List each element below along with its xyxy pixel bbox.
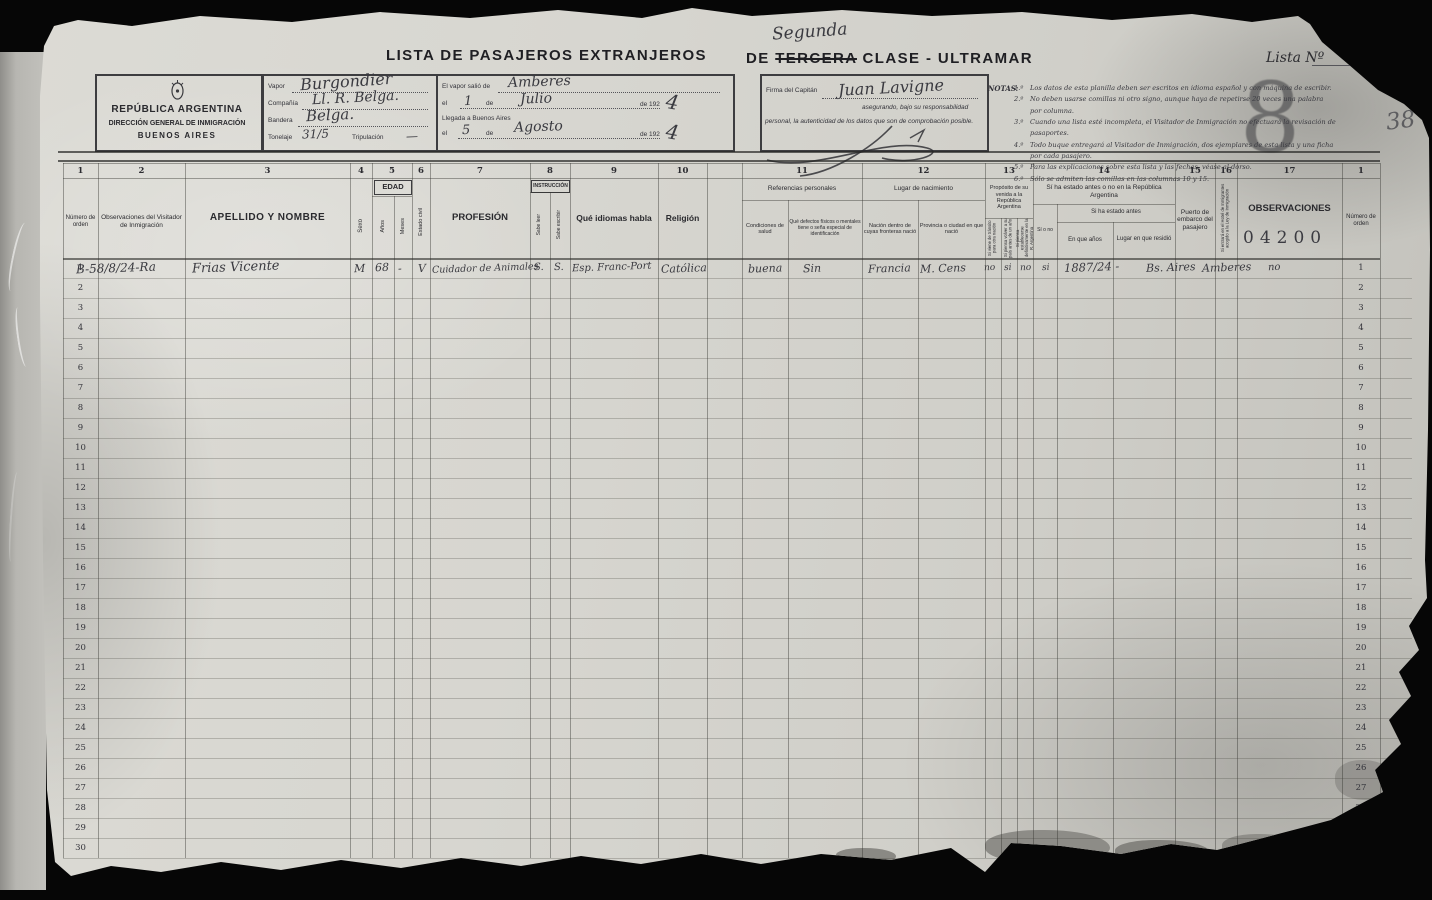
column-number: 13 xyxy=(985,163,1033,178)
p1-en-que-anios: 1887/24 - xyxy=(1064,259,1120,275)
row-number-left: 3 xyxy=(63,298,98,318)
col8-sub2: Sabe escribir xyxy=(550,196,570,254)
dep-month: Julio xyxy=(520,90,553,107)
row-number-right: 10 xyxy=(1342,438,1380,458)
table-rowline xyxy=(63,278,1412,279)
arr-de: de xyxy=(486,130,493,137)
col13-sub3: Si piensa establecerse definitivamente e… xyxy=(1017,218,1033,258)
table-numrow-line xyxy=(63,178,1380,179)
row-number-right: 20 xyxy=(1342,638,1380,658)
row-number-right: 8 xyxy=(1342,398,1380,418)
table-rowline xyxy=(63,498,1412,499)
table-rowline xyxy=(63,638,1412,639)
column-number: 11 xyxy=(742,163,862,178)
table-subvline xyxy=(1057,204,1058,858)
title-struck-tercera: TERCERA xyxy=(775,50,857,67)
column-number: 10 xyxy=(658,163,707,178)
col12-sub1: Nación dentro de cuyas fronteras nació xyxy=(862,202,918,256)
table-vline xyxy=(1215,163,1216,858)
col6-header: Estado civil xyxy=(412,190,430,254)
col18-header: Número de orden xyxy=(1342,195,1380,247)
p1-sabe-leer: S. xyxy=(534,262,544,273)
row-number-left: 13 xyxy=(63,498,98,518)
row-number-left: 5 xyxy=(63,338,98,358)
row-number-left: 8 xyxy=(63,398,98,418)
table-vline xyxy=(185,163,186,858)
row-number-left: 26 xyxy=(63,758,98,778)
header-rule xyxy=(58,151,1380,153)
row-number-right: 21 xyxy=(1342,658,1380,678)
p1-religion: Católica xyxy=(661,261,707,276)
torn-paper-patch xyxy=(985,830,1110,864)
col7-header: PROFESIÓN xyxy=(430,178,530,258)
row-number-left: 30 xyxy=(63,838,98,858)
arrival-label: Llegada a Buenos Aires xyxy=(442,115,511,122)
row-number-left: 14 xyxy=(63,518,98,538)
column-number: 9 xyxy=(570,163,658,178)
table-rowline xyxy=(63,758,1412,759)
page-number-handwritten: 38 xyxy=(1385,106,1417,135)
notas-item: 2.ºNo deben usarse comillas ni otro sign… xyxy=(1014,94,1336,117)
col15-header: Puerto de embarco del pasajero xyxy=(1175,190,1215,250)
row-number-right: 6 xyxy=(1342,358,1380,378)
row-number-right: 16 xyxy=(1342,558,1380,578)
table-subhline xyxy=(530,192,570,193)
compania-label: Compañía xyxy=(268,100,298,107)
table-rowline xyxy=(63,518,1412,519)
row-number-right: 13 xyxy=(1342,498,1380,518)
row-number-left: 20 xyxy=(63,638,98,658)
arr-el: el xyxy=(442,130,447,137)
coat-of-arms-icon xyxy=(160,78,194,102)
table-rowline xyxy=(63,618,1412,619)
col14-subgroup: Si ha estado antes xyxy=(1057,205,1175,220)
dep-de: de xyxy=(486,100,493,107)
notas-item-text: Cuando una lista esté incompleta, el Vis… xyxy=(1030,117,1336,140)
serial-number-stamp: 04200 xyxy=(1243,228,1327,248)
column-number: 15 xyxy=(1175,163,1215,178)
row-number-right: 18 xyxy=(1342,598,1380,618)
table-vline xyxy=(350,163,351,858)
row-number-right: 30 xyxy=(1342,838,1380,858)
lista-n-line xyxy=(1312,65,1370,66)
column-number: 5 xyxy=(372,163,412,178)
row-number-right: 3 xyxy=(1342,298,1380,318)
table-vline xyxy=(742,163,743,858)
table-vline xyxy=(430,163,431,858)
row-number-left: 25 xyxy=(63,738,98,758)
table-subhline xyxy=(1057,222,1175,223)
table-vline xyxy=(372,163,373,858)
p1-apellido-nombre: Frias Vicente xyxy=(192,258,280,276)
table-rowline xyxy=(63,738,1412,739)
table-vline xyxy=(530,163,531,858)
dep-day: 1 xyxy=(464,94,473,109)
pencil-mark xyxy=(13,307,31,368)
row-number-left: 22 xyxy=(63,678,98,698)
agency-city: BUENOS AIRES xyxy=(99,131,255,141)
col12-header: Lugar de nacimiento xyxy=(862,178,985,200)
table-headrow-line xyxy=(63,258,1380,260)
under-page-edge xyxy=(0,52,46,890)
bandera-value: Belga. xyxy=(306,105,355,125)
column-number: 1 xyxy=(1342,163,1380,178)
notas-item: 1.ºLos datos de esta planilla deben ser … xyxy=(1014,83,1336,94)
table-rowline xyxy=(63,478,1412,479)
col11-header: Referencias personales xyxy=(742,178,862,200)
arr-de192: de 192 xyxy=(640,131,660,138)
column-number: 2 xyxy=(98,163,185,178)
p1-hotel: no xyxy=(1268,262,1281,273)
table-rowline xyxy=(63,338,1412,339)
col5-sub1: Años xyxy=(372,198,394,254)
column-number: 7 xyxy=(430,163,530,178)
col11-sub2: Qué defectos físicos o mentales tiene o … xyxy=(789,202,861,256)
tonelaje-label: Tonelaje xyxy=(268,134,292,141)
row-number-right: 11 xyxy=(1342,458,1380,478)
p1-lugar-residio: Bs. Aires xyxy=(1146,260,1196,275)
tonelaje-value: 31/5 xyxy=(302,127,329,142)
col10-header: Religión xyxy=(658,178,707,258)
field-line xyxy=(822,98,978,99)
row-number-right: 27 xyxy=(1342,778,1380,798)
col13-sub1: Si viene de tránsito para otra nación xyxy=(985,218,1001,258)
row-number-left: 15 xyxy=(63,538,98,558)
row-number-left: 7 xyxy=(63,378,98,398)
row-number-right: 22 xyxy=(1342,678,1380,698)
row-number-left: 18 xyxy=(63,598,98,618)
table-vline xyxy=(707,163,708,858)
departed-port: Amberes xyxy=(508,73,571,91)
table-vline xyxy=(862,163,863,858)
p1-nacion: Francia xyxy=(868,261,911,275)
p1-estado-civil: V xyxy=(418,262,426,275)
departed-label: El vapor salió de xyxy=(442,83,490,90)
row-number-right: 29 xyxy=(1342,818,1380,838)
torn-paper-patch xyxy=(1115,840,1210,864)
table-rowline xyxy=(63,358,1412,359)
col14-header: Sí ha estado antes o no en la República … xyxy=(1033,180,1175,204)
torn-paper-patch xyxy=(836,848,896,864)
table-subhline xyxy=(372,196,412,197)
notas-item-text: No deben usarse comillas ni otro signo, … xyxy=(1030,94,1336,117)
dep-el: el xyxy=(442,100,447,107)
table-rowline xyxy=(63,438,1412,439)
row-number-left: 11 xyxy=(63,458,98,478)
row-number-left: 27 xyxy=(63,778,98,798)
row-number-left: 9 xyxy=(63,418,98,438)
notas-item-text: Los datos de esta planilla deben ser esc… xyxy=(1030,83,1332,94)
table-rowline xyxy=(63,418,1412,419)
row-number-right: 19 xyxy=(1342,618,1380,638)
table-vline xyxy=(1175,163,1176,858)
table-rowline xyxy=(63,798,1412,799)
row-number-right: 25 xyxy=(1342,738,1380,758)
table-vline xyxy=(570,163,571,858)
row-number-left: 28 xyxy=(63,798,98,818)
table-subhline xyxy=(1033,204,1175,205)
col14-sub2: Lugar en que residió xyxy=(1113,224,1175,256)
col5-sub2: Meses xyxy=(394,198,412,254)
row-number-right: 28 xyxy=(1342,798,1380,818)
column-number: 16 xyxy=(1215,163,1237,178)
col8-sub1: Sabe leer xyxy=(530,196,550,254)
notas-item-num: 1.º xyxy=(1014,83,1030,94)
col12-sub2: Provincia o ciudad en que nació xyxy=(918,202,985,256)
column-number: 3 xyxy=(185,163,350,178)
table-vline xyxy=(1033,163,1034,858)
table-rowline xyxy=(63,698,1412,699)
row-number-left: 12 xyxy=(63,478,98,498)
pencil-mark xyxy=(7,472,21,562)
row-number-right: 2 xyxy=(1342,278,1380,298)
row-number-right: 17 xyxy=(1342,578,1380,598)
row-number-left: 1 xyxy=(63,258,98,278)
table-rowline xyxy=(63,838,1412,839)
vapor-label: Vapor xyxy=(268,83,285,90)
p1-anios: 68 xyxy=(375,261,389,274)
page-title-left: LISTA DE PASAJEROS EXTRANJEROS xyxy=(386,47,707,64)
table-vline xyxy=(1237,163,1238,858)
col14-sub1: En que años xyxy=(1057,226,1113,256)
dep-de192: de 192 xyxy=(640,101,660,108)
table-vline xyxy=(1380,163,1381,858)
column-number: 1 xyxy=(63,163,98,178)
col9-header: Qué idiomas habla xyxy=(570,178,658,258)
row-number-left: 2 xyxy=(63,278,98,298)
tripulacion-label: Tripulación xyxy=(352,134,384,141)
col5-header: EDAD xyxy=(374,180,412,195)
row-number-right: 24 xyxy=(1342,718,1380,738)
row-number-left: 24 xyxy=(63,718,98,738)
table-rowline xyxy=(63,598,1412,599)
tripulacion-value: — xyxy=(406,129,418,143)
row-number-right: 5 xyxy=(1342,338,1380,358)
col4-header: Sexo xyxy=(350,196,372,256)
table-subhline xyxy=(985,218,1033,219)
table-rowline xyxy=(63,398,1412,399)
arr-day: 5 xyxy=(462,123,471,138)
row-number-right: 7 xyxy=(1342,378,1380,398)
col11-sub1: Condiciones de salud xyxy=(742,202,788,256)
row-number-left: 6 xyxy=(63,358,98,378)
row-number-right: 12 xyxy=(1342,478,1380,498)
agency-bureau: DIRECCIÓN GENERAL DE INMIGRACIÓN xyxy=(99,119,255,129)
captain-label: Firma del Capitán xyxy=(766,87,817,94)
p1-provincia: M. Cens xyxy=(920,261,966,276)
bandera-label: Bandera xyxy=(268,117,293,124)
row-number-right: 26 xyxy=(1342,758,1380,778)
row-number-right: 23 xyxy=(1342,698,1380,718)
row-number-left: 19 xyxy=(63,618,98,638)
table-rowline xyxy=(63,858,1412,859)
scanned-form-page: LISTA DE PASAJEROS EXTRANJEROS DE TERCER… xyxy=(0,0,1432,900)
row-number-right: 14 xyxy=(1342,518,1380,538)
pencil-mark xyxy=(5,222,31,293)
p1-sexo: M xyxy=(354,262,366,275)
table-rowline xyxy=(63,298,1412,299)
p1-sabe-escribir: S. xyxy=(554,262,564,273)
table-vline xyxy=(985,163,986,858)
column-number: 12 xyxy=(862,163,985,178)
field-line xyxy=(460,108,660,109)
row-number-right: 15 xyxy=(1342,538,1380,558)
table-rowline xyxy=(63,318,1412,319)
agency-country: REPÚBLICA ARGENTINA xyxy=(99,104,255,116)
table-rowline xyxy=(63,778,1412,779)
row-number-left: 21 xyxy=(63,658,98,678)
p1-defectos: Sin xyxy=(803,262,822,276)
notas-item-num: 2.º xyxy=(1014,94,1030,117)
title-rest: CLASE - ULTRAMAR xyxy=(863,50,1033,67)
table-rowline xyxy=(63,578,1412,579)
p1-radicarse: no xyxy=(1020,263,1032,273)
table-rowline xyxy=(63,538,1412,539)
notas-item-num: 3.º xyxy=(1014,117,1030,140)
col13-header: Propósito de su venida a la República Ar… xyxy=(985,180,1033,216)
column-number: 17 xyxy=(1237,163,1342,178)
column-number: 8 xyxy=(530,163,570,178)
row-number-right: 1 xyxy=(1342,258,1380,278)
row-number-left: 17 xyxy=(63,578,98,598)
table-rowline xyxy=(63,678,1412,679)
column-number: 6 xyxy=(412,163,430,178)
notas-item: 3.ºCuando una lista esté incompleta, el … xyxy=(1014,117,1336,140)
column-number: 4 xyxy=(350,163,372,178)
photo-backdrop: LISTA DE PASAJEROS EXTRANJEROS DE TERCER… xyxy=(0,0,1432,900)
table-rowline xyxy=(63,818,1412,819)
field-line xyxy=(458,138,660,139)
p1-volver: si xyxy=(1004,263,1012,273)
captain-pledge1: asegurando, bajo su responsabilidad xyxy=(862,104,968,111)
table-rowline xyxy=(63,378,1412,379)
title-de: DE xyxy=(746,50,770,67)
row-number-left: 29 xyxy=(63,818,98,838)
header-rule xyxy=(58,160,1380,162)
col14-sub0: Sí o no xyxy=(1033,206,1057,256)
row-number-left: 10 xyxy=(63,438,98,458)
table-vline xyxy=(412,163,413,858)
p1-estado-antes: si xyxy=(1042,263,1050,273)
p1-puerto: Amberes xyxy=(1202,260,1252,275)
row-number-right: 4 xyxy=(1342,318,1380,338)
column-number: 14 xyxy=(1033,163,1175,178)
table-rowline xyxy=(63,718,1412,719)
table-vline xyxy=(658,163,659,858)
row-number-left: 16 xyxy=(63,558,98,578)
col17-header: OBSERVACIONES xyxy=(1237,196,1342,222)
p1-meses: - xyxy=(398,262,402,275)
col2-header: Observaciones del Visitador de Inmigraci… xyxy=(100,196,183,248)
table-rowline xyxy=(63,558,1412,559)
col1-header: Número de orden xyxy=(63,196,98,248)
table-vline xyxy=(98,163,99,858)
table-rowline xyxy=(63,458,1412,459)
row-number-left: 4 xyxy=(63,318,98,338)
row-number-right: 9 xyxy=(1342,418,1380,438)
table-subhline xyxy=(742,200,985,201)
table-rowline xyxy=(63,658,1412,659)
arr-month: Agosto xyxy=(514,118,563,136)
col3-header: APELLIDO Y NOMBRE xyxy=(187,178,348,258)
row-number-left: 23 xyxy=(63,698,98,718)
p1-salud: buena xyxy=(748,261,783,275)
col16-header: Si entrará en el Hotel de Inmigrantes ac… xyxy=(1215,180,1237,256)
page-title-right: DE TERCERA CLASE - ULTRAMAR xyxy=(746,50,1033,67)
